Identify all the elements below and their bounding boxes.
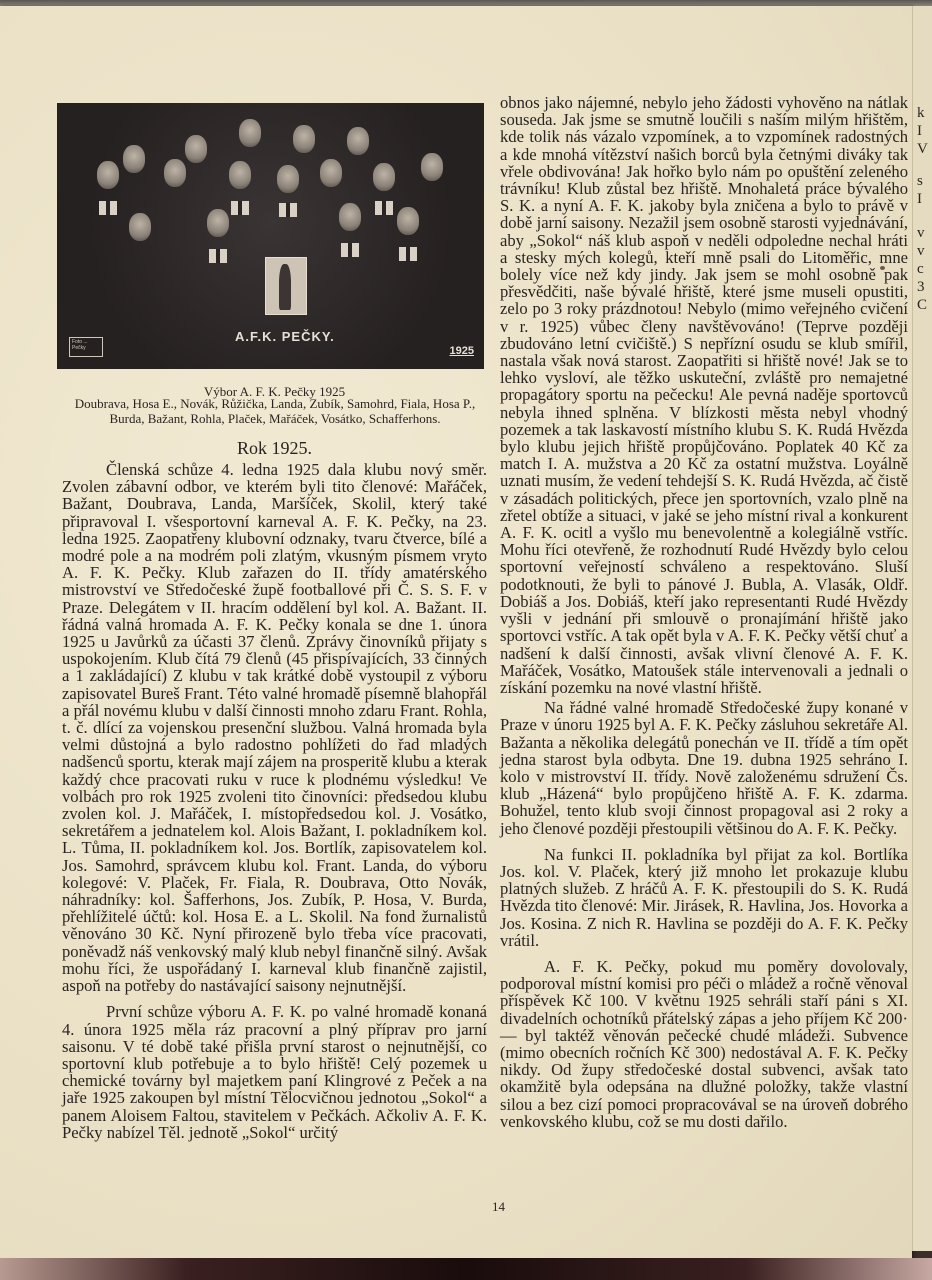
team-committee-photo: A.F.K. PEČKY. 1925 Foto ... Pečky — [57, 103, 484, 369]
collar — [279, 203, 297, 217]
collar — [99, 201, 117, 215]
photo-label: A.F.K. PEČKY. — [235, 329, 335, 344]
person-face — [239, 119, 261, 147]
next-page-fragment: k — [917, 104, 925, 122]
next-page-fragment: v — [917, 224, 925, 242]
next-page-fragment: 3 — [917, 278, 925, 296]
book-page: A.F.K. PEČKY. 1925 Foto ... Pečky Výbor … — [0, 6, 912, 1261]
trophy-icon — [265, 257, 307, 315]
next-page-fragment: c — [917, 260, 924, 278]
paragraph: První schůze výboru A. F. K. po valné hr… — [62, 1003, 487, 1141]
scanner-bottom-edge — [0, 1258, 932, 1280]
next-page-fragment: I — [917, 122, 922, 140]
next-page-fragment: s — [917, 172, 923, 190]
collar — [209, 249, 227, 263]
collar — [231, 201, 249, 215]
person-face — [229, 161, 251, 189]
photographer-stamp: Foto ... Pečky — [69, 337, 103, 357]
next-page-fragment: C — [917, 296, 927, 314]
collar — [399, 247, 417, 261]
next-page-fragment: V — [917, 140, 928, 158]
paragraph: obnos jako nájemné, nebylo jeho žádosti … — [500, 94, 908, 696]
person-face — [277, 165, 299, 193]
person-face — [123, 145, 145, 173]
collar — [341, 243, 359, 257]
photo-year: 1925 — [450, 345, 474, 357]
collar — [375, 201, 393, 215]
paper-speck — [880, 266, 885, 270]
person-face — [421, 153, 443, 181]
person-face — [320, 159, 342, 187]
person-face — [397, 207, 419, 235]
section-title: Rok 1925. — [62, 438, 487, 459]
next-page-fragment: v — [917, 242, 925, 260]
next-page-edge: k I V s I v v c 3 C — [912, 6, 932, 1251]
right-column: obnos jako nájemné, nebylo jeho žádosti … — [500, 94, 908, 1130]
next-page-fragment: I — [917, 190, 922, 208]
paragraph: Na funkci II. pokladníka byl přijat za k… — [500, 846, 908, 949]
paragraph: Členská schůze 4. ledna 1925 dala klubu … — [62, 461, 487, 994]
person-face — [97, 161, 119, 189]
person-face — [185, 135, 207, 163]
page-number: 14 — [492, 1199, 505, 1215]
paragraph: Na řádné valné hromadě Středočeské župy … — [500, 699, 908, 837]
person-face — [347, 127, 369, 155]
person-face — [129, 213, 151, 241]
paragraph: A. F. K. Pečky, pokud mu poměry dovolova… — [500, 958, 908, 1130]
photo-caption-names: Doubrava, Hosa E., Novák, Růžička, Landa… — [70, 397, 480, 426]
person-face — [293, 125, 315, 153]
person-face — [373, 163, 395, 191]
person-face — [164, 159, 186, 187]
person-face — [339, 203, 361, 231]
left-column: Členská schůze 4. ledna 1925 dala klubu … — [62, 461, 487, 1141]
person-face — [207, 209, 229, 237]
